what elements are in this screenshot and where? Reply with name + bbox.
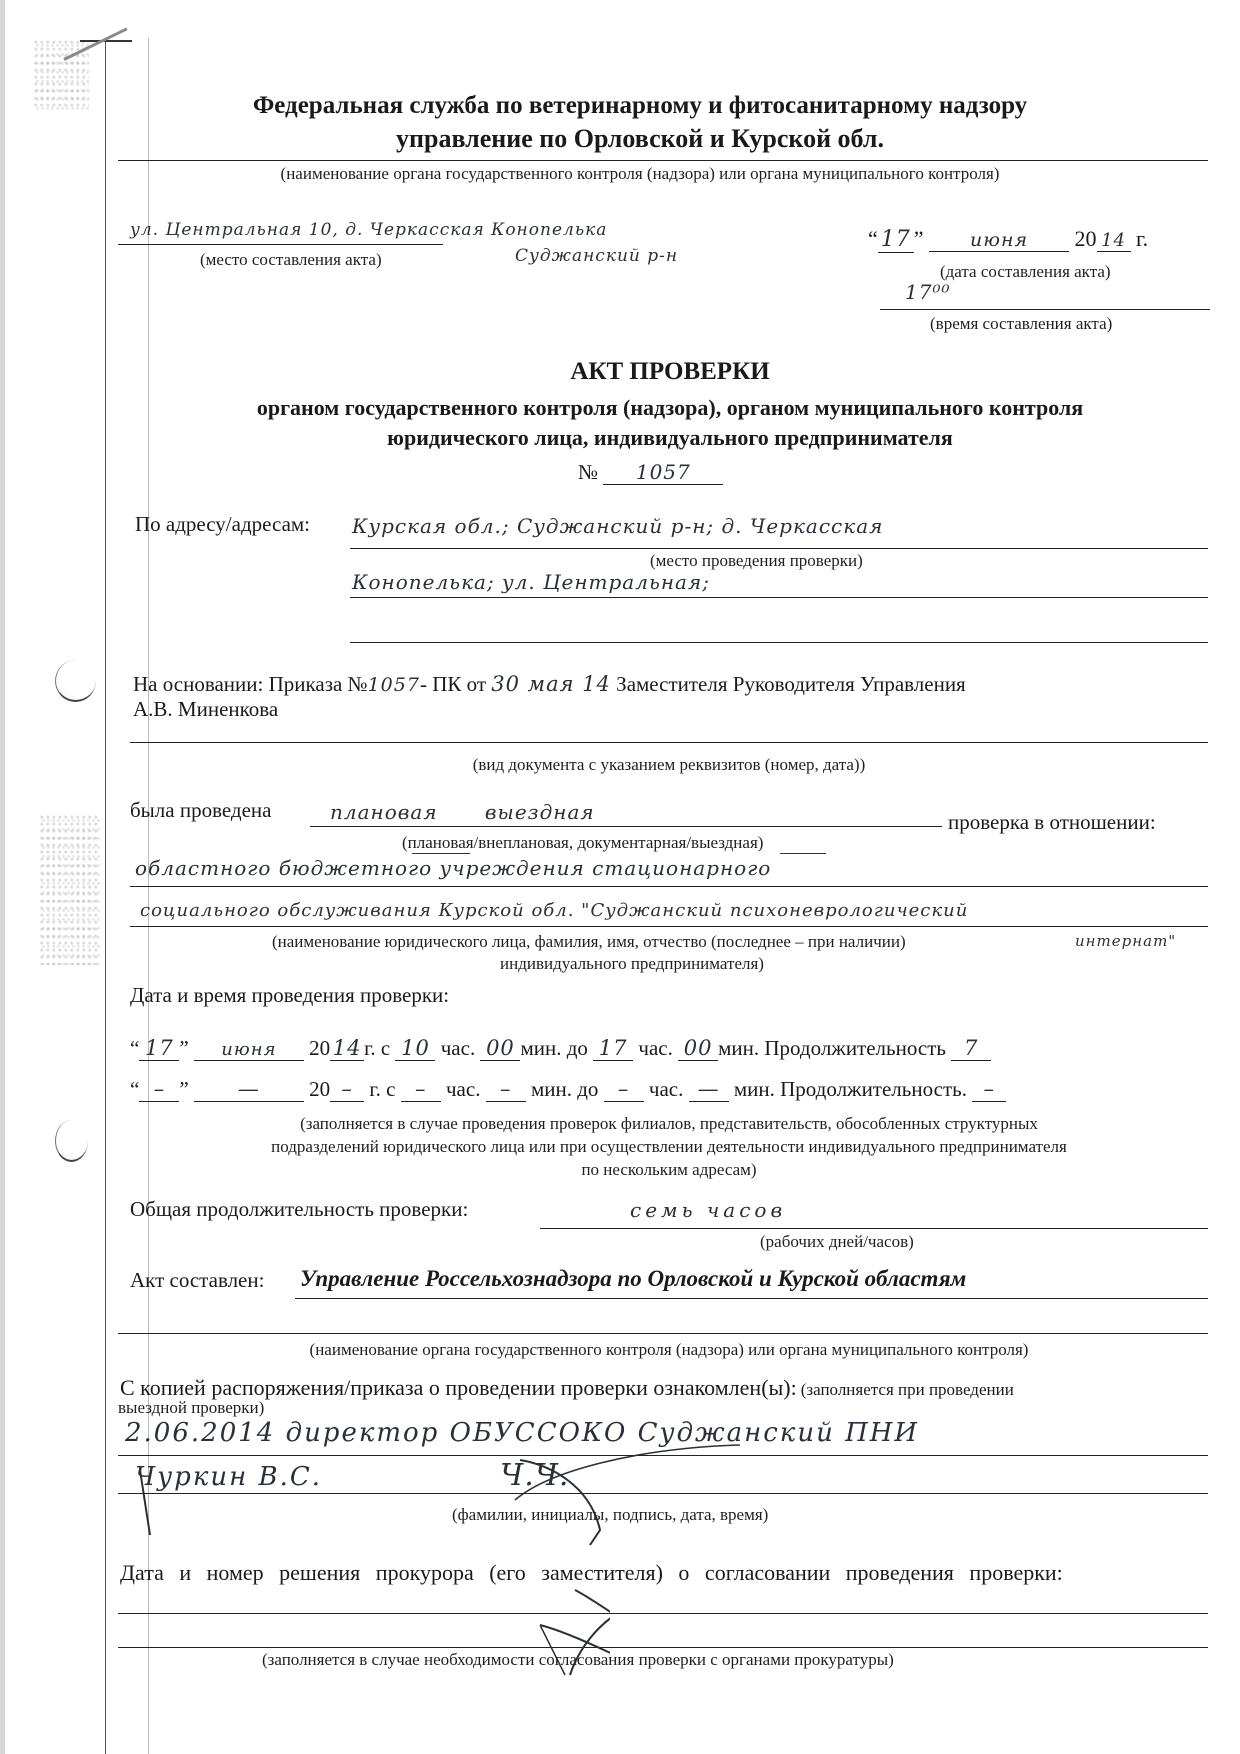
row2-year-prefix: 20 bbox=[309, 1077, 330, 1101]
entity-line-2-tail: интернат" bbox=[1075, 932, 1176, 950]
row2-hour-label-2: час. bbox=[649, 1077, 683, 1101]
prosecutor-label: Дата и номер решения прокурора (его заме… bbox=[120, 1560, 1063, 1586]
row2-month: — bbox=[194, 1077, 304, 1102]
act-number-value: 1057 bbox=[603, 460, 723, 485]
datetime-row-1: “17” июня 2014г. с 10 час. 00мин. до 17 … bbox=[130, 1036, 991, 1061]
agency-line-1: Федеральная служба по ветеринарному и фи… bbox=[180, 92, 1100, 120]
acquainted-caption: (фамилии, инициалы, подпись, дата, время… bbox=[452, 1505, 768, 1525]
act-number-label: № bbox=[578, 460, 598, 484]
datetime-caption-3: по нескольким адресам) bbox=[130, 1160, 1208, 1180]
acquainted-note-2: выездной проверки) bbox=[118, 1398, 264, 1418]
inspection-label: была проведена bbox=[130, 798, 271, 823]
date-open-quote: “ bbox=[868, 226, 878, 251]
row1-year-prefix: 20 bbox=[309, 1036, 330, 1060]
agency-underline bbox=[118, 160, 1208, 161]
date-caption: (дата составления акта) bbox=[940, 262, 1111, 282]
basis-order-date: 30 мая 14 bbox=[491, 672, 611, 696]
inspection-type-value: плановая выездная bbox=[330, 800, 595, 824]
row1-hour-label-2: час. bbox=[638, 1036, 672, 1060]
row2-from-min: – bbox=[486, 1077, 526, 1102]
total-duration-label: Общая продолжительность проверки: bbox=[130, 1197, 468, 1222]
act-number-block: № 1057 bbox=[578, 460, 723, 485]
row2-duration: – bbox=[972, 1077, 1006, 1102]
entity-underline-1 bbox=[130, 886, 1208, 887]
address-line-2: Конопелька; ул. Центральная; bbox=[352, 570, 710, 594]
datetime-label: Дата и время проведения проверки: bbox=[130, 983, 449, 1008]
agency-caption: (наименование органа государственного ко… bbox=[180, 164, 1100, 184]
basis-prefix: Приказа № bbox=[269, 672, 368, 696]
row1-duration: 7 bbox=[951, 1036, 991, 1061]
row1-g-s: г. с bbox=[364, 1036, 390, 1060]
scan-margin-shadow bbox=[0, 0, 5, 1754]
date-block: “17” июня 2014 г. bbox=[868, 226, 1148, 253]
entity-caption-2: индивидуального предпринимателя) bbox=[500, 954, 764, 974]
caption-underline-onsite bbox=[780, 853, 826, 854]
compiled-by-value: Управление Россельхознадзора по Орловско… bbox=[300, 1266, 966, 1292]
acquainted-underline-2 bbox=[118, 1493, 1208, 1494]
time-value: 17⁰⁰ bbox=[905, 280, 950, 304]
scan-noise-mid bbox=[40, 815, 100, 965]
entity-caption-1: (наименование юридического лица, фамилия… bbox=[272, 932, 906, 952]
basis-caption: (вид документа с указанием реквизитов (н… bbox=[130, 755, 1208, 775]
place-caption: (место составления акта) bbox=[200, 250, 382, 270]
address-label: По адресу/адресам: bbox=[135, 512, 310, 537]
total-duration-value: семь часов bbox=[630, 1198, 786, 1222]
row1-to-min: 00 bbox=[678, 1036, 718, 1061]
agency-line-2: управление по Орловской и Курской обл. bbox=[180, 124, 1100, 154]
inspection-label-right: проверка в отношении: bbox=[948, 810, 1156, 835]
basis-order-number: 1057 bbox=[368, 674, 420, 696]
row2-min-to-label: мин. до bbox=[531, 1077, 598, 1101]
place-handwritten-1: ул. Центральная 10, д. Черкасская Конопе… bbox=[130, 220, 607, 240]
date-month: июня bbox=[929, 229, 1069, 252]
row1-month: июня bbox=[194, 1039, 304, 1061]
entity-underline-2 bbox=[130, 926, 1208, 927]
datetime-row-2: “–” — 20– г. с – час. – мин. до – час. —… bbox=[130, 1077, 1006, 1102]
prosecutor-caption: (заполняется в случае необходимости согл… bbox=[262, 1650, 894, 1670]
address-underline-1 bbox=[350, 548, 1208, 549]
entity-line-1: областного бюджетного учреждения стацион… bbox=[135, 856, 771, 880]
date-close-quote: ” bbox=[914, 226, 924, 251]
act-subtitle-2: юридического лица, индивидуального предп… bbox=[130, 425, 1210, 451]
basis-suffix: Заместителя Руководителя Управления bbox=[616, 672, 966, 696]
signature-strokes bbox=[120, 1440, 880, 1550]
prosecutor-crossout-stroke bbox=[330, 1585, 610, 1685]
place-handwritten-2: Суджанский р-н bbox=[515, 246, 678, 266]
compiled-by-caption: (наименование органа государственного ко… bbox=[130, 1340, 1208, 1360]
act-subtitle-1: органом государственного контроля (надзо… bbox=[130, 395, 1210, 421]
row1-min-to-label: мин. до bbox=[520, 1036, 587, 1060]
row1-from-hour: 10 bbox=[395, 1036, 435, 1061]
prosecutor-underline-1 bbox=[118, 1613, 1208, 1614]
place-underline bbox=[118, 244, 443, 245]
row2-day: – bbox=[139, 1077, 179, 1102]
date-suffix: г. bbox=[1136, 226, 1148, 251]
total-duration-caption: (рабочих дней/часов) bbox=[760, 1232, 914, 1252]
acquainted-label: С копией распоряжения/приказа о проведен… bbox=[120, 1375, 797, 1400]
datetime-caption-1: (заполняется в случае проведения проверо… bbox=[130, 1114, 1208, 1134]
basis-label: На основании: bbox=[133, 672, 263, 696]
row2-min-label: мин. bbox=[734, 1077, 775, 1101]
address-line-1: Курская обл.; Суджанский р-н; д. Черкасс… bbox=[352, 514, 883, 538]
compiled-by-underline-2 bbox=[118, 1333, 1208, 1334]
row2-year: – bbox=[330, 1077, 364, 1102]
date-year: 14 bbox=[1097, 230, 1131, 252]
row1-min-label: мин. bbox=[718, 1036, 759, 1060]
datetime-caption-2: подразделений юридического лица или при … bbox=[130, 1137, 1208, 1157]
inspection-type-caption: (плановая/внеплановая, документарная/вые… bbox=[402, 833, 763, 853]
acquainted-note: (заполняется при проведении bbox=[801, 1380, 1014, 1399]
basis-middle: - ПК от bbox=[420, 672, 486, 696]
entity-line-2: социального обслуживания Курской обл. "С… bbox=[140, 900, 968, 921]
binder-hole-2 bbox=[55, 1120, 88, 1162]
inspection-type-underline bbox=[310, 826, 942, 827]
time-caption: (время составления акта) bbox=[930, 314, 1112, 334]
row1-day: 17 bbox=[139, 1036, 179, 1061]
row2-from-hour: – bbox=[401, 1077, 441, 1102]
row2-to-min: — bbox=[689, 1077, 729, 1102]
prosecutor-underline-2 bbox=[118, 1647, 1208, 1648]
row1-year: 14 bbox=[330, 1036, 364, 1061]
address-underline-3 bbox=[350, 642, 1208, 643]
binder-hole-1 bbox=[55, 660, 96, 702]
row1-duration-label: Продолжительность bbox=[764, 1036, 946, 1060]
row1-from-min: 00 bbox=[480, 1036, 520, 1061]
total-duration-underline bbox=[540, 1228, 1208, 1229]
row1-to-hour: 17 bbox=[593, 1036, 633, 1061]
row2-to-hour: – bbox=[604, 1077, 644, 1102]
row1-hour-label: час. bbox=[441, 1036, 475, 1060]
basis-underline bbox=[130, 742, 1208, 743]
basis-row: На основании: Приказа №1057- ПК от 30 ма… bbox=[133, 672, 966, 697]
compiled-by-label: Акт составлен: bbox=[130, 1268, 264, 1293]
address-underline-2 bbox=[350, 597, 1208, 598]
time-underline bbox=[880, 309, 1210, 310]
date-year-prefix: 20 bbox=[1075, 226, 1097, 251]
date-day: 17 bbox=[878, 227, 914, 253]
compiled-by-underline bbox=[295, 1298, 1208, 1299]
row2-duration-label: Продолжительность bbox=[780, 1077, 962, 1101]
address-caption: (место проведения проверки) bbox=[650, 551, 863, 571]
row2-hour-label: час. bbox=[446, 1077, 480, 1101]
row2-g-s: г. с bbox=[369, 1077, 395, 1101]
basis-line-2: А.В. Миненкова bbox=[133, 697, 278, 722]
scan-vertical-line bbox=[105, 38, 106, 1754]
act-title: АКТ ПРОВЕРКИ bbox=[130, 358, 1210, 386]
caption-underline-planned bbox=[412, 853, 470, 854]
